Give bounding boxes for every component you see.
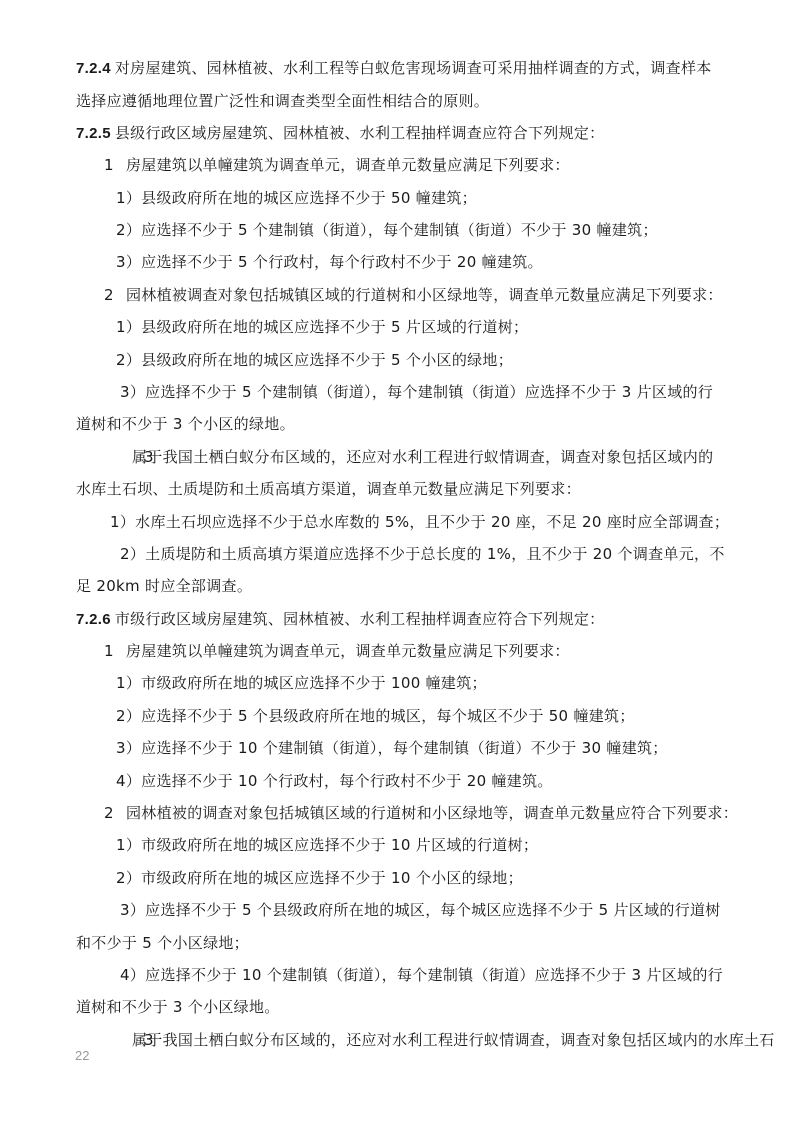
- subitem: 2）应选择不少于 5 个县级政府所在地的城区，每个城区不少于 50 幢建筑；: [76, 700, 726, 732]
- item-number: 1: [104, 149, 126, 181]
- item-number: 2: [104, 797, 126, 829]
- clause-number: 7.2.5: [76, 125, 111, 142]
- item-3: 3属于我国土栖白蚁分布区域的，还应对水利工程进行蚁情调查，调查对象包括区域内的水…: [76, 1024, 726, 1056]
- subitem: 2）土质堤防和土质高填方渠道应选择不少于总长度的 1%，且不少于 20 个调查单…: [76, 538, 726, 603]
- clause-text: 对房屋建筑、园林植被、水利工程等白蚁危害现场调查可采用抽样调查的方式，调查样本选…: [76, 59, 712, 110]
- clause-7-2-4: 7.2.4对房屋建筑、园林植被、水利工程等白蚁危害现场调查可采用抽样调查的方式，…: [76, 52, 726, 117]
- clause-number: 7.2.6: [76, 611, 111, 628]
- subitem: 1）县级政府所在地的城区应选择不少于 50 幢建筑；: [76, 182, 726, 214]
- item-3: 3属于我国土栖白蚁分布区域的，还应对水利工程进行蚁情调查，调查对象包括区域内的水…: [76, 441, 726, 506]
- item-number: 1: [104, 635, 126, 667]
- clause-number: 7.2.4: [76, 60, 111, 77]
- subitem: 2）应选择不少于 5 个建制镇（街道），每个建制镇（街道）不少于 30 幢建筑；: [76, 214, 726, 246]
- clause-text: 市级行政区域房屋建筑、园林植被、水利工程抽样调查应符合下列规定：: [115, 610, 605, 628]
- subitem: 1）水库土石坝应选择不少于总水库数的 5%，且不少于 20 座，不足 20 座时…: [76, 506, 726, 538]
- subitem: 2）市级政府所在地的城区应选择不少于 10 个小区的绿地；: [76, 862, 726, 894]
- item-2: 2园林植被调查对象包括城镇区域的行道树和小区绿地等，调查单元数量应满足下列要求：: [76, 279, 726, 311]
- item-number: 3: [110, 441, 132, 473]
- document-page: 7.2.4对房屋建筑、园林植被、水利工程等白蚁危害现场调查可采用抽样调查的方式，…: [76, 52, 726, 1056]
- item-1: 1房屋建筑以单幢建筑为调查单元，调查单元数量应满足下列要求：: [76, 635, 726, 667]
- subitem: 3）应选择不少于 5 个建制镇（街道），每个建制镇（街道）应选择不少于 3 片区…: [76, 376, 726, 441]
- item-text: 属于我国土栖白蚁分布区域的，还应对水利工程进行蚁情调查，调查对象包括区域内的水库…: [132, 1031, 775, 1049]
- subitem: 2）县级政府所在地的城区应选择不少于 5 个小区的绿地；: [76, 344, 726, 376]
- item-text: 园林植被的调查对象包括城镇区域的行道树和小区绿地等，调查单元数量应符合下列要求：: [126, 804, 738, 822]
- clause-text: 县级行政区域房屋建筑、园林植被、水利工程抽样调查应符合下列规定：: [115, 124, 605, 142]
- item-text: 属于我国土栖白蚁分布区域的，还应对水利工程进行蚁情调查，调查对象包括区域内的水库…: [76, 448, 713, 498]
- item-1: 1房屋建筑以单幢建筑为调查单元，调查单元数量应满足下列要求：: [76, 149, 726, 181]
- item-text: 房屋建筑以单幢建筑为调查单元，调查单元数量应满足下列要求：: [126, 642, 570, 660]
- subitem: 4）应选择不少于 10 个建制镇（街道），每个建制镇（街道）应选择不少于 3 片…: [76, 959, 726, 1024]
- subitem: 4）应选择不少于 10 个行政村，每个行政村不少于 20 幢建筑。: [76, 765, 726, 797]
- item-2: 2园林植被的调查对象包括城镇区域的行道树和小区绿地等，调查单元数量应符合下列要求…: [76, 797, 726, 829]
- subitem: 3）应选择不少于 10 个建制镇（街道），每个建制镇（街道）不少于 30 幢建筑…: [76, 732, 726, 764]
- clause-7-2-6: 7.2.6市级行政区域房屋建筑、园林植被、水利工程抽样调查应符合下列规定：: [76, 603, 726, 635]
- subitem: 3）应选择不少于 5 个行政村，每个行政村不少于 20 幢建筑。: [76, 246, 726, 278]
- page-number: 22: [75, 1048, 89, 1063]
- subitem: 1）县级政府所在地的城区应选择不少于 5 片区域的行道树；: [76, 311, 726, 343]
- subitem: 1）市级政府所在地的城区应选择不少于 10 片区域的行道树；: [76, 829, 726, 861]
- item-text: 房屋建筑以单幢建筑为调查单元，调查单元数量应满足下列要求：: [126, 156, 570, 174]
- item-number: 2: [104, 279, 126, 311]
- item-text: 园林植被调查对象包括城镇区域的行道树和小区绿地等，调查单元数量应满足下列要求：: [126, 286, 723, 304]
- item-number: 3: [110, 1024, 132, 1056]
- subitem: 1）市级政府所在地的城区应选择不少于 100 幢建筑；: [76, 667, 726, 699]
- subitem: 3）应选择不少于 5 个县级政府所在地的城区，每个城区应选择不少于 5 片区域的…: [76, 894, 726, 959]
- clause-7-2-5: 7.2.5县级行政区域房屋建筑、园林植被、水利工程抽样调查应符合下列规定：: [76, 117, 726, 149]
